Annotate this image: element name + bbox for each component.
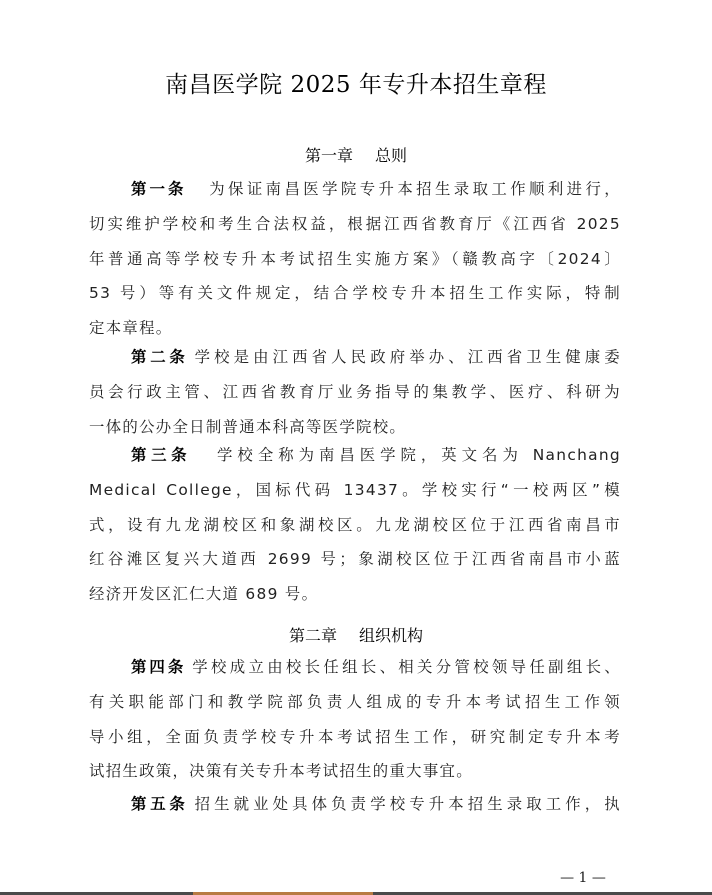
article-1: 第一条 为保证南昌医学院专升本招生录取工作顺利进行， 切实维护学校和考生合法权益… — [89, 172, 621, 346]
article-3: 第三条 学校全称为南昌医学院，英文名为 Nanchang Medical Col… — [89, 438, 621, 612]
article-label: 第四条 — [131, 658, 186, 676]
article-text-line: 学校成立由校长任组长、相关分管校领导任副组长、 — [192, 658, 621, 676]
article-text-line: 红谷滩区复兴大道西 2699 号；象湖校区位于江西省南昌市小蓝 — [89, 542, 621, 577]
chapter-label: 第二章 — [289, 626, 337, 645]
article-4: 第四条学校成立由校长任组长、相关分管校领导任副组长、 有关职能部门和教学院部负责… — [89, 650, 621, 789]
article-text-line: 招生就业处具体负责学校专升本招生录取工作，执 — [195, 795, 621, 813]
article-text-line: 为保证南昌医学院专升本招生录取工作顺利进行， — [209, 180, 621, 198]
article-2: 第二条学校是由江西省人民政府举办、江西省卫生健康委 员会行政主管、江西省教育厅业… — [89, 340, 621, 444]
article-text-line: 试招生政策，决策有关专升本考试招生的重大事宜。 — [89, 754, 621, 789]
chapter-label: 第一章 — [305, 146, 353, 165]
article-text-line: 经济开发区汇仁大道 689 号。 — [89, 577, 621, 612]
article-text-line: 式，设有九龙湖校区和象湖校区。九龙湖校区位于江西省南昌市 — [89, 508, 621, 543]
chapter-heading-1: 第一章总则 — [0, 143, 712, 166]
article-label: 第一条 — [131, 180, 187, 198]
article-text-line: 切实维护学校和考生合法权益，根据江西省教育厅《江西省 2025 — [89, 207, 621, 242]
article-text-line: 学校是由江西省人民政府举办、江西省卫生健康委 — [195, 348, 621, 366]
article-text-line: Medical College，国标代码 13437。学校实行“一校两区”模 — [89, 473, 621, 508]
article-5: 第五条招生就业处具体负责学校专升本招生录取工作，执 — [89, 787, 621, 822]
chapter-heading-2: 第二章组织机构 — [0, 623, 712, 646]
document-page: 南昌医学院 2025 年专升本招生章程 第一章总则 第一条 为保证南昌医学院专升… — [0, 0, 712, 895]
chapter-name: 总则 — [375, 146, 407, 165]
article-text-line: 年普通高等学校专升本考试招生实施方案》（赣教高字〔2024〕 — [89, 242, 621, 277]
chapter-name: 组织机构 — [359, 626, 423, 645]
article-text-line: 53 号）等有关文件规定，结合学校专升本招生工作实际，特制 — [89, 276, 621, 311]
article-label: 第五条 — [131, 795, 189, 813]
article-text-line: 员会行政主管、江西省教育厅业务指导的集教学、医疗、科研为 — [89, 375, 621, 410]
article-label: 第二条 — [131, 348, 189, 366]
page-number: — 1 — — [548, 870, 618, 886]
article-text-line: 导小组，全面负责学校专升本考试招生工作，研究制定专升本考 — [89, 720, 621, 755]
document-title: 南昌医学院 2025 年专升本招生章程 — [0, 66, 712, 99]
article-text-line: 学校全称为南昌医学院，英文名为 Nanchang — [217, 446, 621, 464]
article-label: 第三条 — [131, 446, 191, 464]
article-text-line: 有关职能部门和教学院部负责人组成的专升本考试招生工作领 — [89, 685, 621, 720]
